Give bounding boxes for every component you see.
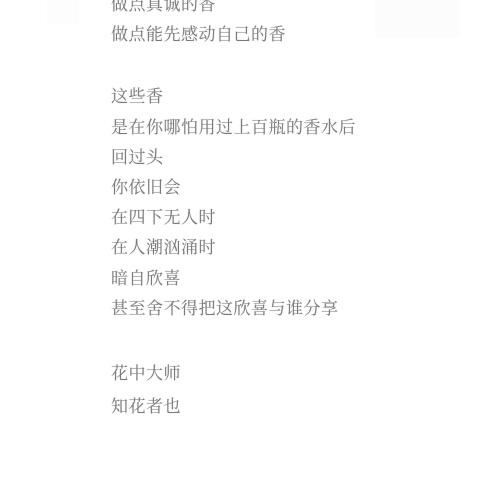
poem-text-block: 做点真诚的香 做点能先感动自己的香 这些香 是在你哪怕用过上百瓶的香水后 回过头… xyxy=(111,0,356,422)
poem-line-9: 暗自欣喜 xyxy=(111,264,356,294)
poem-line-7: 在四下无人时 xyxy=(111,203,356,233)
poem-line-5: 回过头 xyxy=(111,143,356,173)
poem-line-10: 甚至舍不得把这欣喜与谁分享 xyxy=(111,294,356,324)
poem-line-1-clipped: 做点真诚的香 xyxy=(111,0,356,20)
poem-line-6: 你依旧会 xyxy=(111,173,356,203)
photo-shading-right xyxy=(375,0,460,38)
poem-line-12: 知花者也 xyxy=(111,392,356,422)
poem-line-4: 是在你哪怕用过上百瓶的香水后 xyxy=(111,113,356,143)
photo-shading-left xyxy=(47,0,79,24)
poem-line-3: 这些香 xyxy=(111,82,356,112)
poem-line-2: 做点能先感动自己的香 xyxy=(111,20,356,50)
poem-line-11: 花中大师 xyxy=(111,359,356,389)
text-photo-page: 做点真诚的香 做点能先感动自己的香 这些香 是在你哪怕用过上百瓶的香水后 回过头… xyxy=(0,0,500,500)
poem-line-8: 在人潮汹涌时 xyxy=(111,233,356,263)
